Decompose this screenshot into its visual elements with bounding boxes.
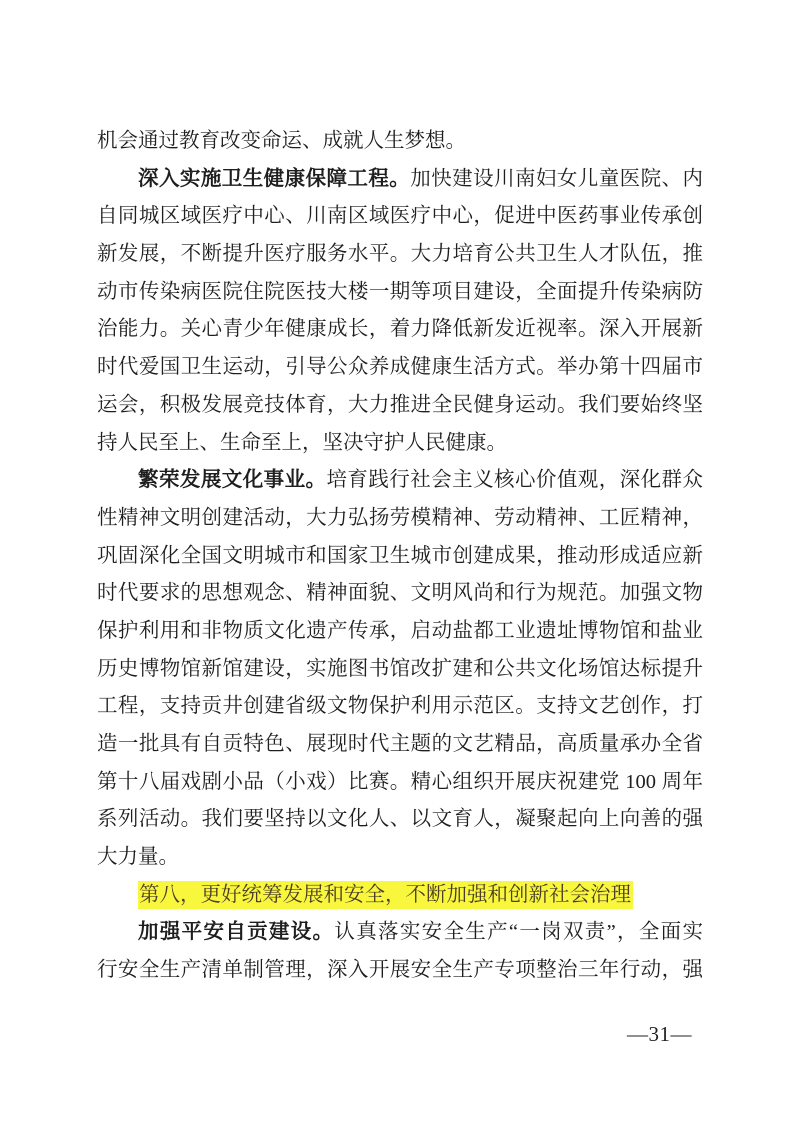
paragraph-lead: 加强平安自贡建设。 xyxy=(138,921,334,943)
text-segment: 机会通过教育改变命运、成就人生梦想。 xyxy=(97,130,466,152)
para3-line1: 繁荣发展文化事业。培育践行社会主义核心价值观，深化群众 xyxy=(97,462,703,500)
text-segment: 系列活动。我们要坚持以文化人、以文育人，凝聚起向上向善的强 xyxy=(97,808,703,830)
text-segment: 保护利用和非物质文化遗产传承，启动盐都工业遗址博物馆和盐业 xyxy=(97,620,703,642)
para3-line8: 造一批具有自贡特色、展现时代主题的文艺精品，高质量承办全省 xyxy=(97,726,703,764)
section8-heading: 第八，更好统筹发展和安全，不断加强和创新社会治理 xyxy=(97,877,703,915)
para2-line8: 持人民至上、生命至上，坚决守护人民健康。 xyxy=(97,425,703,463)
page-number: —31— xyxy=(627,1022,692,1046)
text-segment: 持人民至上、生命至上，坚决守护人民健康。 xyxy=(97,432,507,454)
para3-line5: 保护利用和非物质文化遗产传承，启动盐都工业遗址博物馆和盐业 xyxy=(97,613,703,651)
para3-line4: 时代要求的思想观念、精神面貌、文明风尚和行为规范。加强文物 xyxy=(97,575,703,613)
text-segment: 时代要求的思想观念、精神面貌、文明风尚和行为规范。加强文物 xyxy=(97,582,703,604)
text-segment: 自同城区域医疗中心、川南区域医疗中心，促进中医药事业传承创 xyxy=(97,205,703,227)
para2-line1: 深入实施卫生健康保障工程。加快建设川南妇女儿童医院、内 xyxy=(97,161,703,199)
text-segment: 运会，积极发展竞技体育，大力推进全民健身运动。我们要始终坚 xyxy=(97,394,703,416)
para2-line4: 动市传染病医院住院医技大楼一期等项目建设，全面提升传染病防 xyxy=(97,274,703,312)
text-segment: 行安全生产清单制管理，深入开展安全生产专项整治三年行动，强 xyxy=(97,959,703,981)
para2-line3: 新发展，不断提升医疗服务水平。大力培育公共卫生人才队伍，推 xyxy=(97,236,703,274)
text-segment: 第十八届戏剧小品（小戏）比赛。精心组织开展庆祝建党 100 周年 xyxy=(97,771,703,793)
highlighted-heading: 第八，更好统筹发展和安全，不断加强和创新社会治理 xyxy=(138,881,633,909)
text-segment: 性精神文明创建活动，大力弘扬劳模精神、劳动精神、工匠精神， xyxy=(97,507,703,529)
text-segment: 治能力。关心青少年健康成长，着力降低新发近视率。深入开展新 xyxy=(97,318,703,340)
para3-line6: 历史博物馆新馆建设，实施图书馆改扩建和公共文化场馆达标提升 xyxy=(97,651,703,689)
text-segment: 时代爱国卫生运动，引导公众养成健康生活方式。举办第十四届市 xyxy=(97,356,703,378)
text-segment: 加快建设川南妇女儿童医院、内 xyxy=(410,168,703,190)
para1-line1: 机会通过教育改变命运、成就人生梦想。 xyxy=(97,123,703,161)
para3-line10: 系列活动。我们要坚持以文化人、以文育人，凝聚起向上向善的强 xyxy=(97,801,703,839)
para2-line2: 自同城区域医疗中心、川南区域医疗中心，促进中医药事业传承创 xyxy=(97,198,703,236)
text-segment: 巩固深化全国文明城市和国家卫生城市创建成果，推动形成适应新 xyxy=(97,545,703,567)
para3-line7: 工程，支持贡井创建省级文物保护利用示范区。支持文艺创作，打 xyxy=(97,688,703,726)
text-segment: 认真落实安全生产“一岗双责”，全面实 xyxy=(334,921,703,943)
body-text: 机会通过教育改变命运、成就人生梦想。深入实施卫生健康保障工程。加快建设川南妇女儿… xyxy=(97,123,703,990)
para2-line5: 治能力。关心青少年健康成长，着力降低新发近视率。深入开展新 xyxy=(97,311,703,349)
para3-line11: 大力量。 xyxy=(97,839,703,877)
paragraph-lead: 繁荣发展文化事业。 xyxy=(138,469,326,491)
document-page: 机会通过教育改变命运、成就人生梦想。深入实施卫生健康保障工程。加快建设川南妇女儿… xyxy=(0,0,793,1122)
para2-line6: 时代爱国卫生运动，引导公众养成健康生活方式。举办第十四届市 xyxy=(97,349,703,387)
para2-line7: 运会，积极发展竞技体育，大力推进全民健身运动。我们要始终坚 xyxy=(97,387,703,425)
para4-line1: 加强平安自贡建设。认真落实安全生产“一岗双责”，全面实 xyxy=(97,914,703,952)
text-segment: 新发展，不断提升医疗服务水平。大力培育公共卫生人才队伍，推 xyxy=(97,243,703,265)
text-segment: 动市传染病医院住院医技大楼一期等项目建设，全面提升传染病防 xyxy=(97,281,703,303)
text-segment: 大力量。 xyxy=(97,846,179,868)
text-segment: 历史博物馆新馆建设，实施图书馆改扩建和公共文化场馆达标提升 xyxy=(97,658,703,680)
text-segment: 工程，支持贡井创建省级文物保护利用示范区。支持文艺创作，打 xyxy=(97,695,703,717)
para3-line9: 第十八届戏剧小品（小戏）比赛。精心组织开展庆祝建党 100 周年 xyxy=(97,764,703,802)
para4-line2: 行安全生产清单制管理，深入开展安全生产专项整治三年行动，强 xyxy=(97,952,703,990)
text-segment: 培育践行社会主义核心价值观，深化群众 xyxy=(326,469,703,491)
paragraph-lead: 深入实施卫生健康保障工程。 xyxy=(138,168,410,190)
text-segment: 造一批具有自贡特色、展现时代主题的文艺精品，高质量承办全省 xyxy=(97,733,703,755)
para3-line3: 巩固深化全国文明城市和国家卫生城市创建成果，推动形成适应新 xyxy=(97,538,703,576)
para3-line2: 性精神文明创建活动，大力弘扬劳模精神、劳动精神、工匠精神， xyxy=(97,500,703,538)
